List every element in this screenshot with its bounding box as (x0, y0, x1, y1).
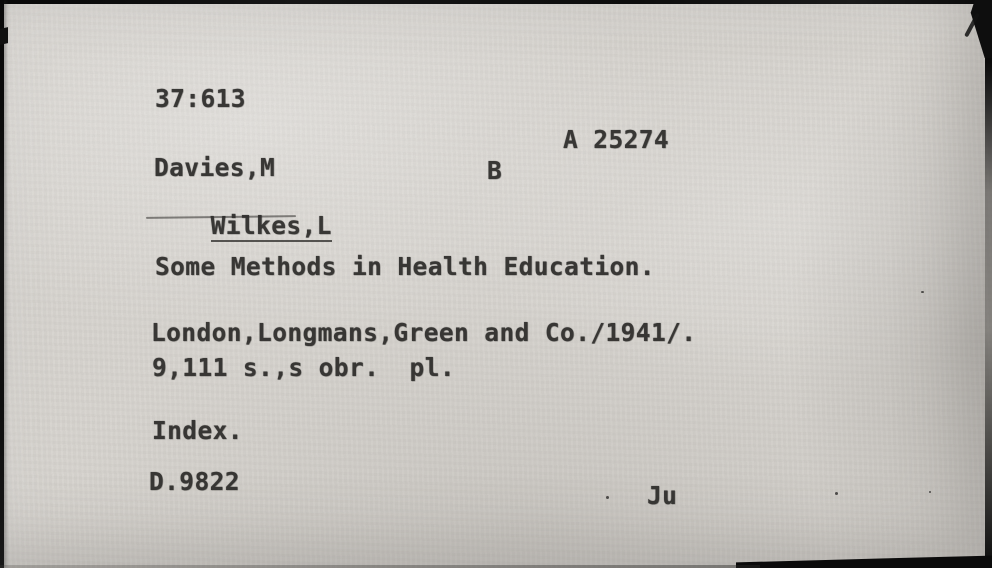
note: Index. (152, 419, 243, 444)
accession-number: A 25274 (563, 128, 669, 153)
classification-number: 37:613 (155, 87, 246, 112)
title: Some Methods in Health Education. (155, 255, 655, 280)
scan-speck (921, 291, 924, 293)
scan-edge-bottom-right (736, 548, 992, 568)
scan-edge-left (0, 0, 4, 568)
scan-edge-right (985, 0, 992, 568)
imprint: London,Longmans,Green and Co./1941/. (151, 321, 696, 346)
scan-edge-top (0, 0, 992, 4)
scan-speck (929, 491, 931, 493)
catalog-card-scan: 37:613 A 25274 Davies,M B Wilkes,L Some … (0, 0, 992, 568)
scan-speck (835, 492, 838, 495)
collation: 9,111 s.,s obr. pl. (152, 356, 455, 381)
annotation: Ju (647, 484, 677, 509)
format-letter: B (487, 159, 502, 184)
call-number: D.9822 (149, 470, 240, 495)
scan-edge-left-notch (0, 27, 8, 45)
author-primary: Davies,M (154, 156, 275, 181)
scan-speck (606, 496, 609, 499)
